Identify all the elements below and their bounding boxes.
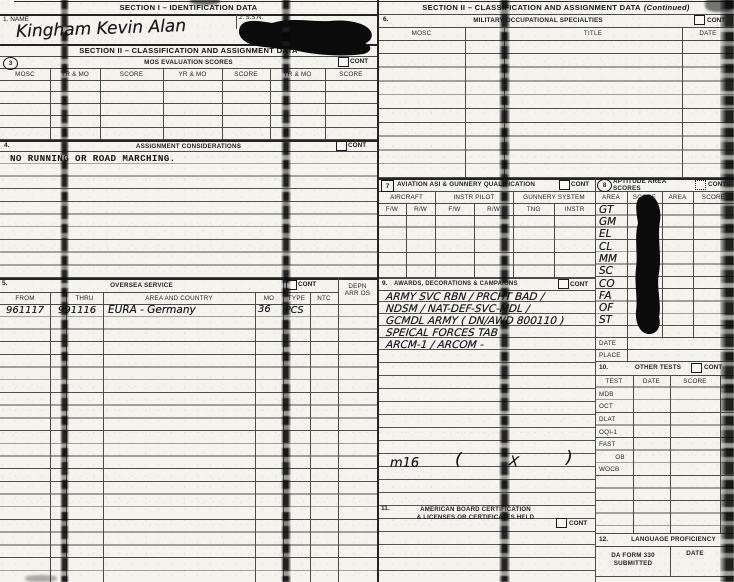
test-name: WOCB [599,464,632,475]
awards-entry[interactable]: GCMDL ARMY ( DN/AWD 800110 ) [385,315,565,327]
col-header-score: SCORE [100,68,163,80]
cont-label: CONT [570,281,588,288]
weapon-annotation-paren-open: ( [455,450,462,470]
scan-fold-streak [281,0,291,582]
column-divider [338,278,339,582]
ssn-redaction-mark [232,13,376,57]
mil-occ-title: MILITARY OCCUPATIONAL SPECIALTIES [378,14,698,27]
column-divider [255,292,256,582]
aptitude-area-value[interactable]: EL [599,228,611,240]
name-value[interactable]: Kingham Kevin Alan [16,16,187,42]
weapon-annotation[interactable]: m16 [390,456,419,471]
col-header-mo: MO [255,292,283,304]
item8-number: 8 [597,179,612,192]
section2-continued-title: SECTION II – CLASSIFICATION AND ASSIGNME… [378,1,734,14]
column-divider [682,27,683,178]
grid-line [378,40,734,41]
aptitude-area-value[interactable]: ST [599,314,612,326]
oversea-empty-rows [0,304,377,582]
group-gunnery-system: GUNNERY SYSTEM [513,191,595,203]
aptitude-area-value[interactable]: GT [599,204,614,216]
grid-line [378,215,595,216]
col-header-yrmo: YR & MO [270,68,325,80]
scan-edge-blot [25,575,57,582]
grid-line [378,14,734,15]
item10-number: 10. [599,364,608,371]
grid-line [378,203,734,204]
da-form-330-label: DA FORM 330 SUBMITTED [598,546,668,574]
board-cert-title-line2: & LICENSES OR CERTIFICATES HELD [398,513,553,522]
aptitude-cont-checkbox[interactable] [695,180,706,190]
awards-entry[interactable]: ARMY SVC RBN / PRCHT BAD / [385,291,545,303]
score-redaction-mark [626,193,668,337]
scan-fold-streak [60,0,69,582]
column-divider [670,546,671,576]
other-tests-title: OTHER TESTS [623,361,693,374]
test-name: OB [608,452,632,463]
scanned-form-page: SECTION I – IDENTIFICATION DATA 1. NAME … [0,0,734,582]
panel-divider [377,0,379,582]
awards-cont-checkbox[interactable] [558,279,569,289]
column-divider [50,68,51,140]
sub-instr: INSTR [554,203,595,215]
item12-number: 12. [599,536,608,543]
column-divider [103,292,104,582]
column-divider [670,375,671,533]
sub-tng: TNG [513,203,554,215]
test-name: FAST [599,439,632,450]
oversea-title: OVERSEA SERVICE [0,278,283,292]
grid-line [0,278,377,280]
grid-line [378,27,734,28]
column-divider [222,68,223,140]
awards-entry[interactable]: SPEICAL FORCES TAB [385,327,498,339]
aptitude-area-value[interactable]: SC [599,265,613,277]
test-name: OQI-1 [599,427,632,438]
aptitude-area-value[interactable]: OF [599,302,613,314]
scan-corner-blot [705,0,734,12]
column-divider [50,292,51,582]
column-divider [270,68,271,140]
awards-entry[interactable]: ARCM-1 / ARCOM - [385,339,484,351]
section1-panel: SECTION I – IDENTIFICATION DATA 1. NAME … [0,0,377,582]
column-divider [163,68,164,140]
board-cert-cont-checkbox[interactable] [556,518,567,528]
grid-line [595,576,734,577]
aptitude-area-value[interactable]: FA [599,290,612,302]
assignment-ruled-lines [0,151,377,278]
column-divider [435,191,436,278]
test-name: MDB [599,389,632,400]
column-divider [633,375,634,533]
column-divider [310,292,311,582]
cont-label: CONT [350,58,368,65]
mos-scores-title: MOS EVALUATION SCORES [0,56,377,68]
column-divider [693,191,694,337]
aviation-empty-rows [378,215,595,278]
aptitude-place-label: PLACE [599,350,629,361]
grid-line [0,140,377,142]
section2-continued-panel: SECTION II – CLASSIFICATION AND ASSIGNME… [378,0,734,582]
aviation-title: AVIATION ASI & GUNNERY QUALIFICATION [397,178,557,191]
section-divider [595,178,596,582]
test-name: OCT [599,401,632,412]
grid-line [378,191,734,192]
aptitude-title: APTITUDE AREA SCORES [613,178,695,191]
scan-edge-blot [190,0,220,5]
grid-line [595,361,734,362]
aptitude-area-value[interactable]: MM [599,253,617,265]
col-header-title: TITLE [504,27,682,40]
grid-line [595,546,734,547]
oversea-from-value[interactable]: 961117 [6,305,44,316]
grid-line [378,178,734,180]
aviation-cont-checkbox[interactable] [559,180,570,190]
language-title: LANGUAGE PROFICIENCY [616,533,731,545]
cont-label: CONT [298,281,316,288]
column-divider [465,27,466,178]
grid-line [595,337,734,338]
grid-line [0,151,377,152]
sub-fw: F/W [435,203,474,215]
col-header-thru: THRU [66,292,103,304]
col-header-from: FROM [0,292,50,304]
aptitude-date-label: DATE [599,338,629,349]
grid-line [0,68,377,69]
section2-continued-title-text: SECTION II – CLASSIFICATION AND ASSIGNME… [422,3,641,12]
group-aircraft: AIRCRAFT [378,191,435,203]
weapon-annotation-paren-close: ) [566,448,573,468]
column-divider [513,191,514,278]
aptitude-area-value[interactable]: CO [599,278,615,290]
oversea-area-value[interactable]: EURA - Germany [108,304,196,316]
item11-number: 11. [381,505,390,512]
sub-fw: F/W [378,203,406,215]
mos-scores-cont-checkbox[interactable] [338,57,349,67]
continued-label: (Continued) [644,3,690,12]
assignment-note[interactable]: NO RUNNING OR ROAD MARCHING. [10,153,176,164]
col-header-mosc: MOSC [0,68,50,80]
mil-occ-empty-rows [378,40,734,178]
col-header-yrmo: YR & MO [50,68,100,80]
depn-arr-os-header: DEPN ARR OS [338,278,377,304]
grid-line [595,533,734,534]
scan-fold-streak [499,0,510,582]
col-header-area: AREA [595,191,627,203]
oversea-mo-value[interactable]: 36 [258,304,271,315]
col-header-score: SCORE [222,68,270,80]
col-header-score: SCORE [325,68,377,80]
grid-line [595,349,734,350]
assignment-cont-checkbox[interactable] [336,141,347,151]
cont-label: CONT [571,181,589,188]
aptitude-area-value[interactable]: CL [599,241,612,253]
test-name: DLAT [599,414,632,425]
mil-occ-cont-checkbox[interactable] [694,15,705,25]
col-header-ntc: NTC [310,292,338,304]
col-header-mosc: MOSC [378,27,465,40]
top-border [378,1,734,2]
awards-title: AWARDS, DECORATIONS & CAMPAIGNS [394,278,554,290]
item9-number: 9. [382,280,387,287]
grid-line [0,80,377,81]
aptitude-area-value[interactable]: GM [599,216,616,228]
mos-scores-empty-rows [0,80,377,141]
cont-label: CONT [348,142,366,149]
item3-number: 3 [3,57,18,70]
scan-edge-shadow [720,0,734,582]
sub-rw: R/W [406,203,435,215]
cont-label: CONT [569,520,587,527]
other-tests-cont-checkbox[interactable] [691,363,702,373]
column-divider [325,68,326,140]
col-header-area: AREA AND COUNTRY [103,292,255,304]
language-date-label: DATE [670,548,720,559]
column-divider [100,68,101,140]
col-header-yrmo: YR & MO [163,68,222,80]
grid-line [595,375,734,376]
item7-number: 7 [381,180,394,192]
